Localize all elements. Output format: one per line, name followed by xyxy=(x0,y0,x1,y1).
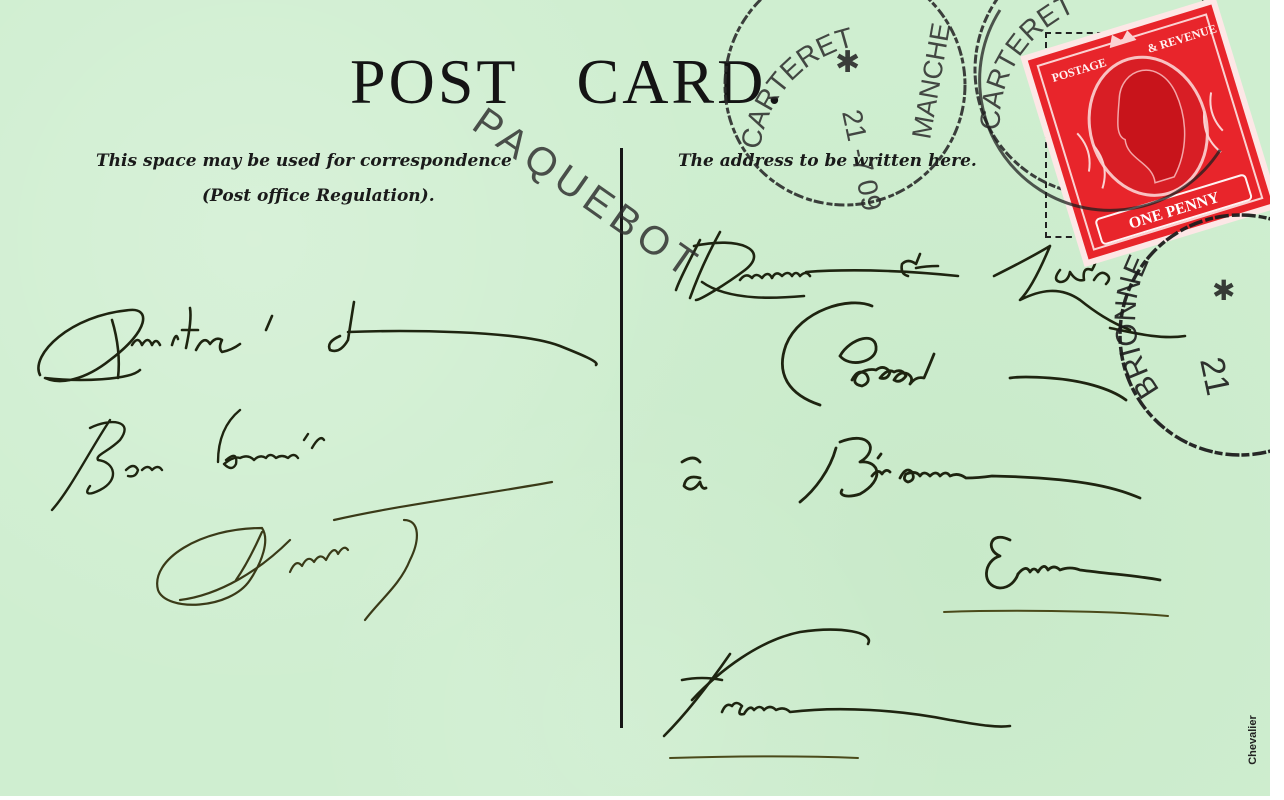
paquebot-cachet: PAQUEBOT xyxy=(465,99,709,288)
svg-text:✱: ✱ xyxy=(1212,274,1235,307)
svg-text:BRIONNE: BRIONNE xyxy=(1109,250,1166,404)
postal-markings-layer: CARTERET ✱ 21 -7 09 MANCHE CARTERET POST… xyxy=(0,0,1270,796)
svg-text:21 -7 09: 21 -7 09 xyxy=(836,107,888,214)
postcard: POSTCARD. This space may be used for cor… xyxy=(0,0,1270,796)
svg-text:21: 21 xyxy=(1192,354,1237,399)
svg-text:✱: ✱ xyxy=(835,45,860,80)
svg-text:PAQUEBOT: PAQUEBOT xyxy=(465,99,709,288)
svg-text:MANCHE: MANCHE xyxy=(906,21,956,141)
printer-mark: Chevalier xyxy=(1236,690,1270,790)
one-penny-stamp: POSTAGE & REVENUE ONE PENNY xyxy=(1020,0,1270,267)
carteret-postmark-left: CARTERET ✱ 21 -7 09 MANCHE xyxy=(725,0,965,214)
svg-text:CARTERET: CARTERET xyxy=(735,22,857,152)
